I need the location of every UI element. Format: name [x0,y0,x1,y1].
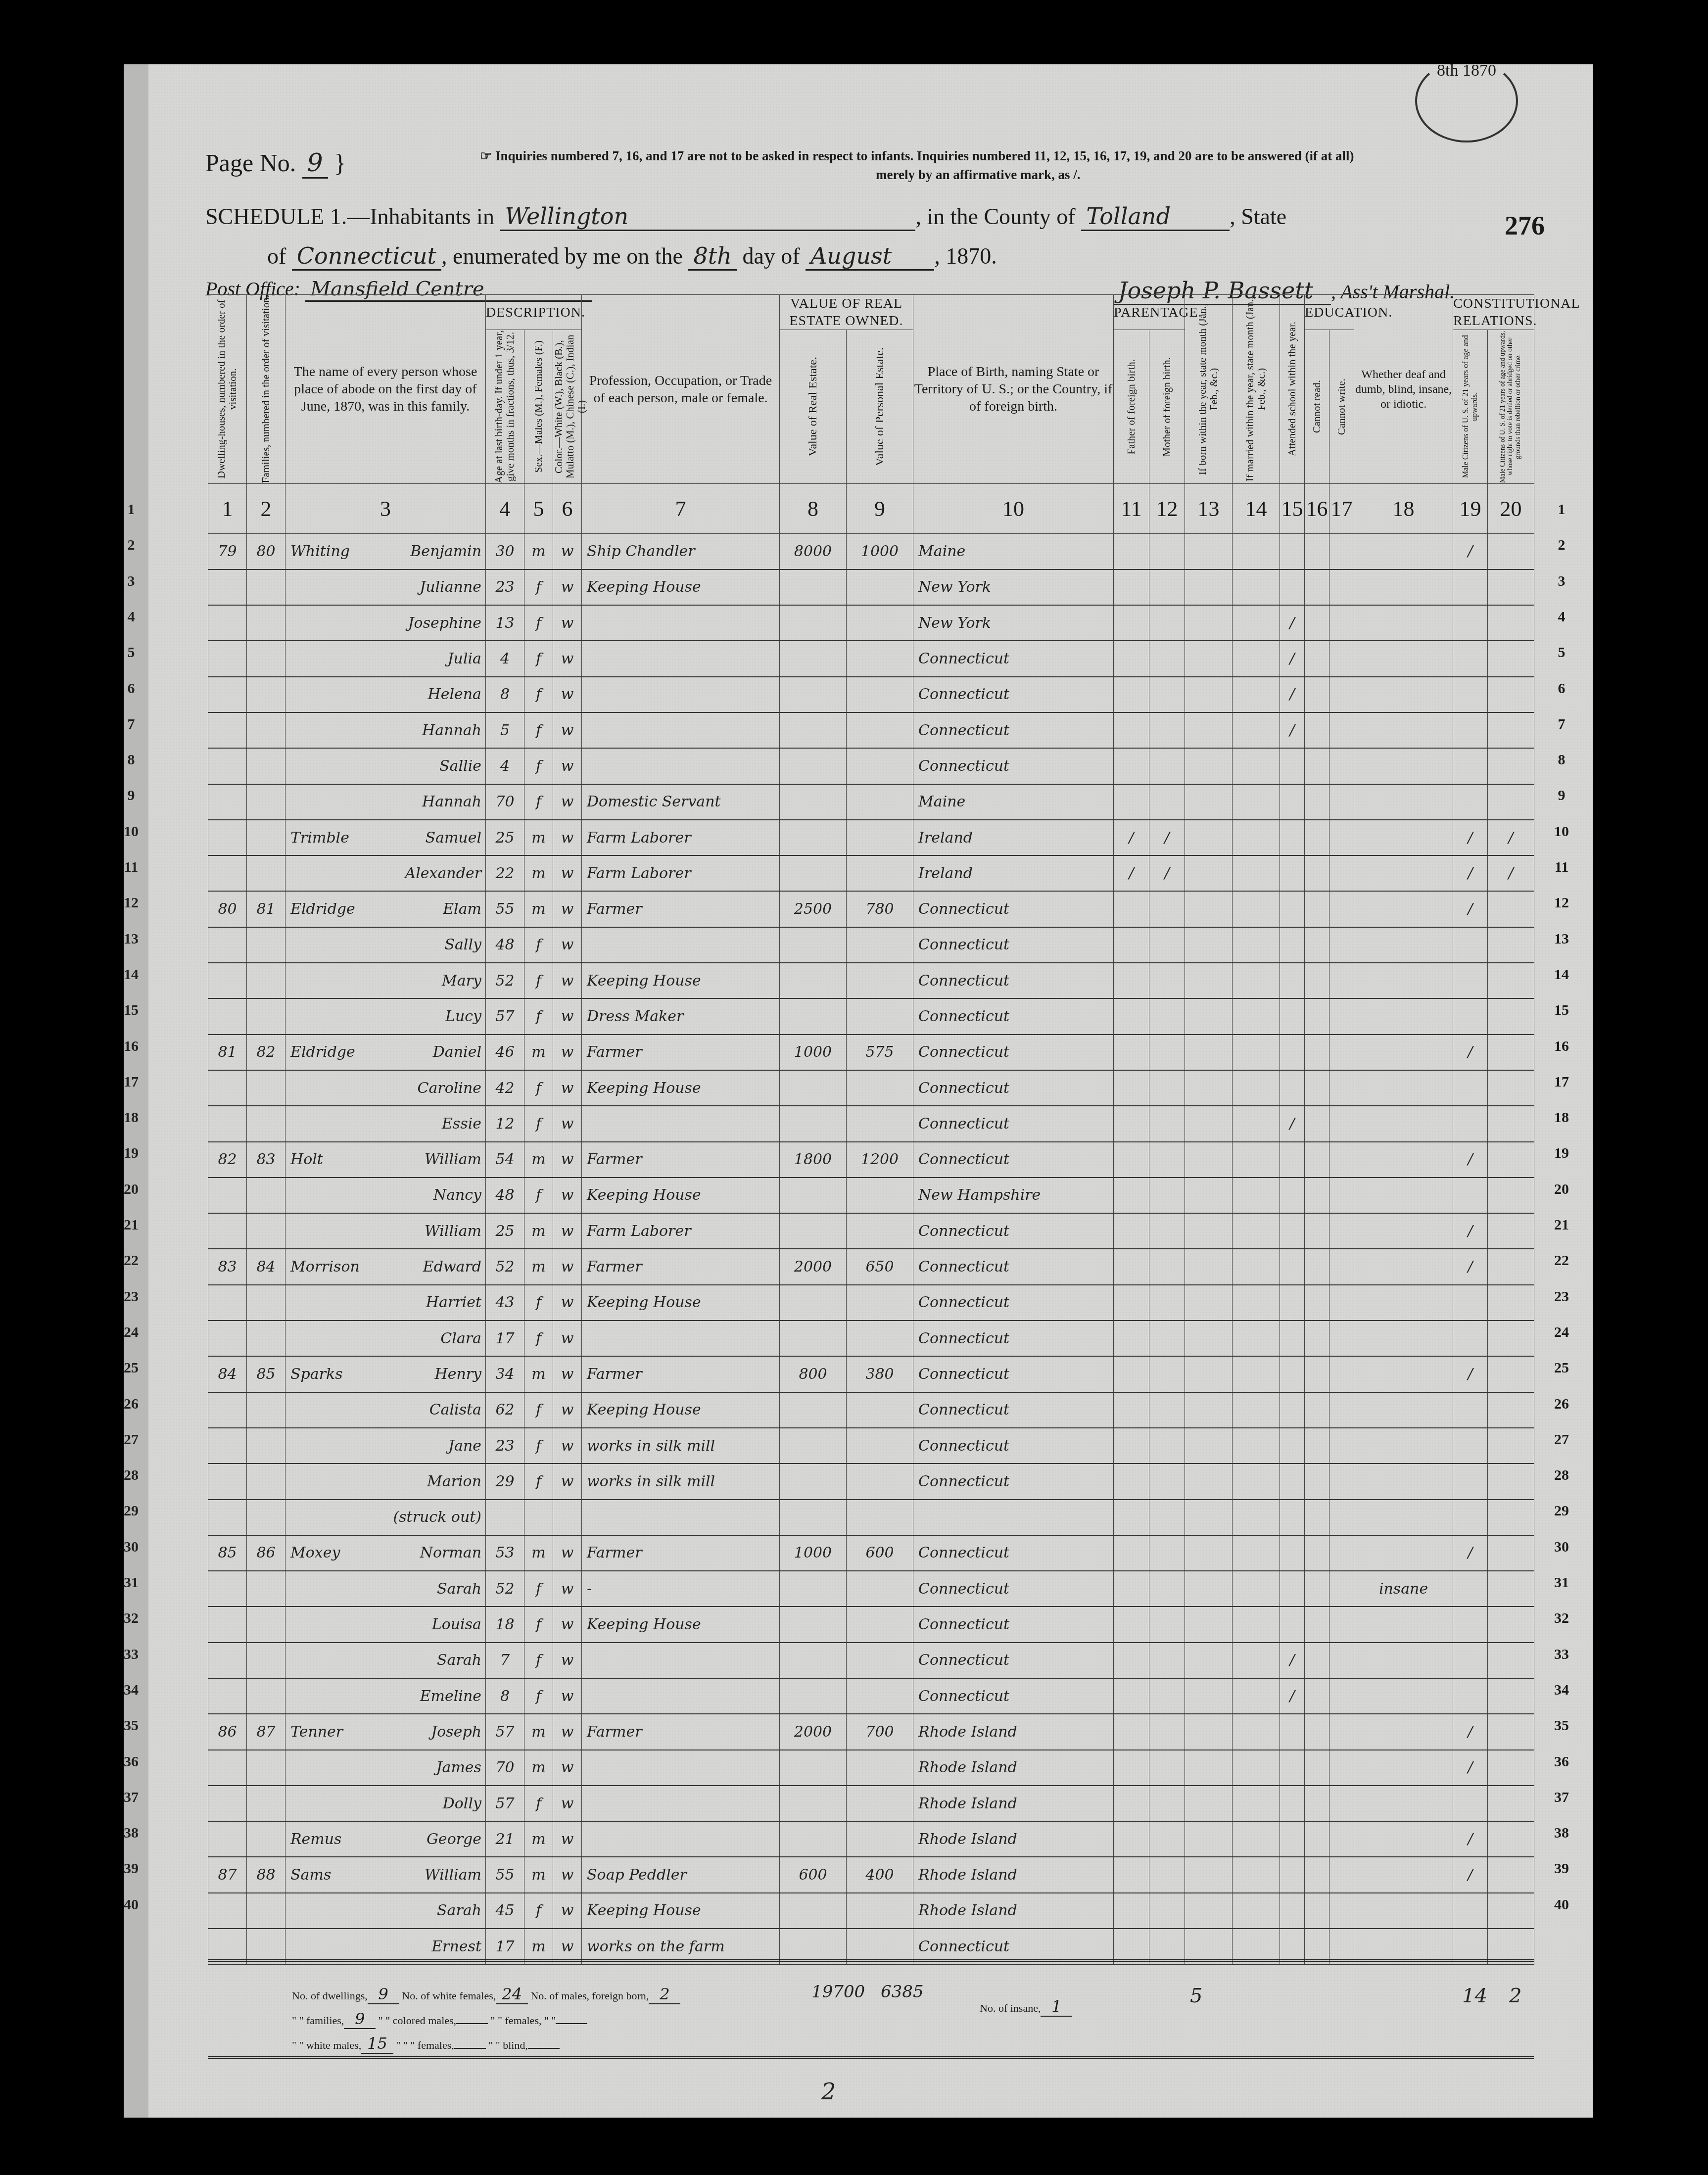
disability-cell [1354,641,1453,676]
given-name: Ernest [431,1938,485,1955]
age-cell: 23 [486,1428,524,1464]
header-cannot-read: Cannot read. [1305,330,1329,484]
birthplace-cell: Connecticut [913,1464,1114,1499]
father-foreign-mark-cell [1114,1106,1149,1141]
married-within-year-cell [1233,1643,1280,1678]
family-number-cell: 80 [247,534,285,569]
disability-cell: insane [1354,1571,1453,1607]
dwelling-number-cell [208,1821,247,1857]
disability-cell [1354,534,1453,569]
cannot-write-cell [1329,855,1354,891]
line-number: 29 [1547,1503,1576,1519]
cannot-write-cell [1329,605,1354,641]
occupation-cell: works in silk mill [582,1464,780,1499]
citizen-mark-cell [1453,963,1488,998]
real-estate-value-cell [780,1178,847,1213]
birthplace-cell: Connecticut [913,1249,1114,1284]
vote-denied-mark-cell [1488,1571,1534,1607]
father-foreign-mark-cell [1114,569,1149,605]
vote-denied-mark-cell [1488,1500,1534,1535]
attended-school-mark-cell [1280,855,1305,891]
occupation-cell [582,712,780,748]
given-name: Harriet [426,1294,485,1311]
disability-cell [1354,1142,1453,1178]
born-within-year-cell [1185,1464,1233,1499]
header-personal-estate: Value of Personal Estate. [847,330,913,484]
personal-estate-value-cell [847,1070,913,1106]
census-row: Sallie4fwConnecticut [208,748,1534,784]
line-number: 12 [119,895,143,911]
age-cell: 30 [486,534,524,569]
mother-foreign-mark-cell [1149,998,1185,1034]
mother-foreign-mark-cell [1149,927,1185,963]
family-number-cell [247,1821,285,1857]
person-name-cell: Hannah [285,784,486,820]
father-foreign-mark-cell [1114,1786,1149,1821]
occupation-cell [582,1500,780,1535]
header-family: Families, numbered in the order of visit… [247,295,285,484]
mother-foreign-mark-cell [1149,1178,1185,1213]
header-deaf-blind: Whether deaf and dumb, blind, insane, or… [1354,295,1453,484]
cannot-read-cell [1305,963,1329,998]
birthplace-cell: Connecticut [913,641,1114,676]
line-number: 4 [1547,609,1576,625]
header-occupation: Profession, Occupation, or Trade of each… [582,295,780,484]
surname: Morrison [290,1258,360,1276]
born-within-year-cell [1185,1643,1233,1678]
occupation-cell [582,605,780,641]
occupation-cell: Farmer [582,1535,780,1571]
cannot-read-cell [1305,1750,1329,1786]
line-number: 15 [119,1002,143,1019]
county-field: Tolland [1081,203,1230,231]
mother-foreign-mark-cell [1149,1464,1185,1499]
family-number-cell [247,1571,285,1607]
born-within-year-cell [1185,1678,1233,1714]
father-foreign-mark-cell [1114,927,1149,963]
census-row: Marion29fwworks in silk millConnecticut [208,1464,1534,1499]
sex-cell: f [524,1321,553,1356]
attended-school-mark-cell [1280,1893,1305,1929]
line-number: 13 [1547,931,1576,947]
family-number-cell [247,1070,285,1106]
occupation-cell: Farmer [582,891,780,927]
sex-cell: f [524,1106,553,1141]
vote-denied-mark-cell [1488,1070,1534,1106]
cannot-read-cell [1305,1714,1329,1749]
mother-foreign-mark-cell [1149,605,1185,641]
mother-foreign-mark-cell [1149,1571,1185,1607]
vote-denied-mark-cell [1488,927,1534,963]
personal-estate-value-cell [847,998,913,1034]
person-name-cell: MorrisonEdward [285,1249,486,1284]
color-cell: w [553,1786,582,1821]
header-mother-foreign: Mother of foreign birth. [1149,330,1185,484]
real-estate-value-cell [780,963,847,998]
vote-denied-mark-cell [1488,1178,1534,1213]
color-cell: w [553,1535,582,1571]
citizen-mark-cell: / [1453,891,1488,927]
header-birthplace: Place of Birth, naming State or Territor… [913,295,1114,484]
dwelling-number-cell: 82 [208,1142,247,1178]
personal-estate-value-cell [847,605,913,641]
vote-denied-mark-cell [1488,1643,1534,1678]
age-cell: 70 [486,1750,524,1786]
mother-foreign-mark-cell: / [1149,855,1185,891]
married-within-year-cell [1233,963,1280,998]
occupation-cell: Dress Maker [582,998,780,1034]
given-name: Julia [448,650,485,667]
attended-school-mark-cell [1280,1178,1305,1213]
birthplace-cell: Connecticut [913,1106,1114,1141]
cannot-read-cell [1305,1392,1329,1428]
attended-school-mark-cell [1280,1607,1305,1642]
occupation-cell: Farmer [582,1356,780,1392]
born-within-year-cell [1185,1428,1233,1464]
occupation-cell: - [582,1571,780,1607]
line-number: 19 [119,1145,143,1162]
cannot-write-cell [1329,1070,1354,1106]
given-name: Louisa [432,1616,485,1633]
sex-cell: f [524,963,553,998]
line-number: 14 [1547,966,1576,983]
age-cell: 29 [486,1464,524,1499]
family-number-cell [247,748,285,784]
occupation-cell [582,641,780,676]
sex-cell: m [524,1714,553,1749]
cannot-read-cell [1305,534,1329,569]
vote-denied-mark-cell [1488,1714,1534,1749]
cannot-read-cell [1305,1643,1329,1678]
born-within-year-cell [1185,1249,1233,1284]
line-number: 23 [119,1288,143,1305]
attended-school-mark-cell [1280,1500,1305,1535]
dwelling-number-cell [208,855,247,891]
married-within-year-cell [1233,605,1280,641]
married-within-year-cell [1233,1750,1280,1786]
census-row: Harriet43fwKeeping HouseConnecticut [208,1285,1534,1321]
cannot-write-cell [1329,1249,1354,1284]
sex-cell: f [524,641,553,676]
father-foreign-mark-cell [1114,1249,1149,1284]
line-number: 12 [1547,895,1576,911]
color-cell: w [553,1571,582,1607]
personal-estate-value-cell [847,927,913,963]
summary-row-2: " " families,9 " " colored males, " " fe… [292,2009,587,2029]
real-estate-value-cell [780,1571,847,1607]
census-row: Louisa18fwKeeping HouseConnecticut [208,1607,1534,1642]
personal-estate-value-cell: 600 [847,1535,913,1571]
age-cell: 55 [486,1857,524,1892]
dwelling-number-cell: 81 [208,1035,247,1070]
given-name: James [436,1759,485,1776]
married-within-year-cell [1233,784,1280,820]
disability-cell [1354,784,1453,820]
cannot-write-cell [1329,1106,1354,1141]
personal-estate-value-cell: 575 [847,1035,913,1070]
line-number: 38 [119,1825,143,1842]
real-estate-value-cell [780,1678,847,1714]
occupation-cell [582,1678,780,1714]
colored-females-count [454,2048,486,2049]
header-constitutional-group: CONSTITUTIONAL RELATIONS. [1453,295,1534,330]
occupation-cell [582,1750,780,1786]
line-number: 2 [119,537,143,554]
born-within-year-cell [1185,1178,1233,1213]
given-name: Daniel [433,1043,485,1061]
color-cell: w [553,891,582,927]
color-cell: w [553,1750,582,1786]
mother-foreign-mark-cell [1149,1142,1185,1178]
sex-cell: m [524,1249,553,1284]
person-name-cell: Emeline [285,1678,486,1714]
family-number-cell [247,1178,285,1213]
person-name-cell: Sarah [285,1643,486,1678]
attended-school-mark-cell [1280,1321,1305,1356]
dwelling-number-cell [208,1464,247,1499]
age-cell: 57 [486,1786,524,1821]
line-number: 14 [119,966,143,983]
given-name: Nancy [433,1186,485,1204]
cannot-write-cell [1329,748,1354,784]
given-name: Joseph [431,1723,485,1741]
married-within-year-cell [1233,1857,1280,1892]
person-name-cell: Jane [285,1428,486,1464]
father-foreign-mark-cell [1114,534,1149,569]
sex-cell: m [524,891,553,927]
dwelling-number-cell: 86 [208,1714,247,1749]
cannot-write-cell [1329,1142,1354,1178]
occupation-cell: Ship Chandler [582,534,780,569]
age-cell: 17 [486,1321,524,1356]
age-cell: 4 [486,748,524,784]
mother-foreign-mark-cell [1149,1750,1185,1786]
dwelling-number-cell: 83 [208,1249,247,1284]
birthplace-cell: Connecticut [913,1321,1114,1356]
cannot-read-cell [1305,1821,1329,1857]
real-estate-value-cell [780,1893,847,1929]
cannot-write-cell [1329,1321,1354,1356]
age-cell: 8 [486,1678,524,1714]
line-number: 1 [1547,501,1576,518]
summary-row-3: " " white males,15 " " " females, " " bl… [292,2034,560,2054]
dwelling-number-cell [208,677,247,712]
color-cell: w [553,1178,582,1213]
real-estate-value-cell: 2000 [780,1714,847,1749]
father-foreign-mark-cell [1114,1535,1149,1571]
vote-denied-mark-cell [1488,1035,1534,1070]
real-estate-value-cell [780,927,847,963]
occupation-cell: works in silk mill [582,1428,780,1464]
married-within-year-cell [1233,1678,1280,1714]
real-estate-value-cell [780,1786,847,1821]
page-label: Page No. [205,149,296,177]
citizen-mark-cell [1453,1070,1488,1106]
line-number: 20 [119,1181,143,1198]
given-name: Norman [420,1544,485,1561]
age-cell: 52 [486,963,524,998]
vote-denied-mark-cell: / [1488,820,1534,855]
person-name-cell: Lucy [285,998,486,1034]
census-row: 8485SparksHenry34mwFarmer800380Connectic… [208,1356,1534,1392]
family-number-cell [247,784,285,820]
cannot-read-cell [1305,1178,1329,1213]
vote-denied-mark-cell [1488,1535,1534,1571]
father-foreign-mark-cell [1114,1678,1149,1714]
line-number: 27 [119,1431,143,1448]
vote-denied-mark-cell [1488,784,1534,820]
cannot-read-cell [1305,748,1329,784]
married-within-year-cell [1233,1321,1280,1356]
color-cell: w [553,1678,582,1714]
dwelling-number-cell [208,927,247,963]
given-name: Emeline [420,1688,485,1705]
real-estate-value-cell [780,998,847,1034]
color-cell: w [553,1821,582,1857]
color-cell [553,1500,582,1535]
citizen-mark-cell: / [1453,1142,1488,1178]
cannot-write-cell [1329,1893,1354,1929]
mother-foreign-mark-cell [1149,1714,1185,1749]
header-color: Color.—White (W.), Black (B.), Mulatto (… [553,330,582,484]
vote-denied-mark-cell [1488,1249,1534,1284]
line-number: 28 [1547,1467,1576,1484]
line-number: 40 [119,1896,143,1913]
given-name: Essie [442,1115,485,1133]
attended-school-mark-cell [1280,1213,1305,1249]
citizen-mark-cell: / [1453,1714,1488,1749]
surname: Remus [290,1831,342,1848]
instructions-line-1: Inquiries numbered 7, 16, and 17 are not… [495,148,1354,163]
sex-cell: m [524,1035,553,1070]
personal-estate-value-cell: 700 [847,1714,913,1749]
age-cell: 48 [486,927,524,963]
person-name-cell: TennerJoseph [285,1714,486,1749]
cannot-read-cell [1305,1786,1329,1821]
mother-foreign-mark-cell [1149,712,1185,748]
disability-cell [1354,569,1453,605]
occupation-cell: Farmer [582,1714,780,1749]
citizen-mark-cell [1453,998,1488,1034]
of-label: of [267,243,286,269]
line-number: 9 [1547,787,1576,804]
family-number-cell [247,569,285,605]
given-name: William [425,1866,485,1884]
census-row: Sarah45fwKeeping HouseRhode Island [208,1893,1534,1929]
born-within-year-cell [1185,1392,1233,1428]
given-name: Elam [443,900,485,918]
vote-denied-mark-cell [1488,998,1534,1034]
family-number-cell: 87 [247,1714,285,1749]
born-within-year-cell [1185,1106,1233,1141]
census-row: 7980WhitingBenjamin30mwShip Chandler8000… [208,534,1534,569]
citizen-mark-cell [1453,927,1488,963]
color-cell: w [553,1392,582,1428]
color-cell: w [553,1356,582,1392]
vote-denied-mark-cell [1488,1428,1534,1464]
married-within-year-cell [1233,1285,1280,1321]
sex-cell: f [524,1285,553,1321]
born-within-year-cell [1185,855,1233,891]
color-cell: w [553,1249,582,1284]
married-within-year-cell [1233,1035,1280,1070]
real-estate-value-cell: 2500 [780,891,847,927]
married-within-year-cell [1233,820,1280,855]
personal-estate-value-cell: 1200 [847,1142,913,1178]
personal-estate-value-cell [847,963,913,998]
page-no-value: 9 [302,148,328,179]
line-number: 31 [119,1574,143,1591]
disability-cell [1354,1821,1453,1857]
occupation-cell [582,1821,780,1857]
line-number: 17 [119,1074,143,1090]
citizen-mark-cell [1453,1678,1488,1714]
married-within-year-cell [1233,569,1280,605]
citizen-mark-cell [1453,605,1488,641]
birthplace-cell: Ireland [913,855,1114,891]
father-foreign-mark-cell [1114,1321,1149,1356]
cannot-write-cell [1329,820,1354,855]
vote-denied-mark-cell [1488,534,1534,569]
state-label: , State [1230,204,1286,229]
married-within-year-cell [1233,998,1280,1034]
surname: Sparks [290,1366,343,1383]
born-within-year-cell [1185,927,1233,963]
disability-cell [1354,1428,1453,1464]
person-name-cell: Nancy [285,1178,486,1213]
disability-cell [1354,927,1453,963]
birthplace-cell: Connecticut [913,1535,1114,1571]
mother-foreign-mark-cell [1149,1249,1185,1284]
dwelling-number-cell: 84 [208,1356,247,1392]
line-number: 7 [1547,716,1576,733]
header-attended-school: Attended school within the year. [1280,295,1305,484]
cannot-read-cell [1305,1249,1329,1284]
vote-denied-mark-cell [1488,1678,1534,1714]
father-foreign-mark-cell [1114,1750,1149,1786]
dwelling-number-cell [208,1678,247,1714]
line-number: 29 [119,1503,143,1519]
age-cell: 5 [486,712,524,748]
cannot-write-cell [1329,1714,1354,1749]
personal-estate-value-cell [847,1643,913,1678]
color-cell: w [553,1714,582,1749]
sex-cell: m [524,1142,553,1178]
birthplace-cell: Connecticut [913,1428,1114,1464]
line-number: 21 [119,1217,143,1233]
dwelling-number-cell [208,1213,247,1249]
vote-denied-total: 2 [1509,1985,1521,2007]
disability-cell [1354,963,1453,998]
birthplace-cell: Connecticut [913,1678,1114,1714]
cannot-read-cell [1305,1893,1329,1929]
occupation-cell [582,1643,780,1678]
sex-cell: f [524,748,553,784]
given-name: Hannah [422,722,485,739]
occupation-cell [582,1321,780,1356]
person-name-cell: Louisa [285,1607,486,1642]
school-total: 5 [1190,1985,1202,2007]
person-name-cell: Julia [285,641,486,676]
citizen-mark-cell: / [1453,534,1488,569]
line-number: 32 [119,1610,143,1627]
real-estate-value-cell [780,1392,847,1428]
vote-denied-mark-cell [1488,605,1534,641]
age-cell: 52 [486,1571,524,1607]
color-cell: w [553,1643,582,1678]
cannot-read-cell [1305,1142,1329,1178]
census-row: Essie12fwConnecticut/ [208,1106,1534,1141]
